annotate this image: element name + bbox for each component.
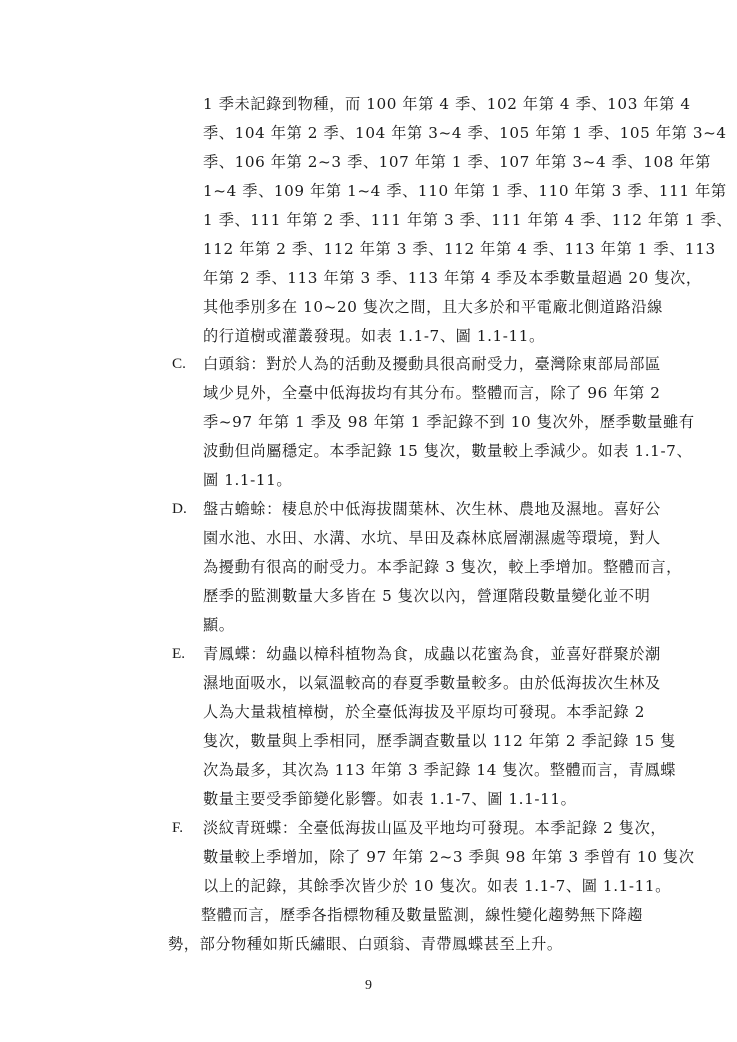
text-line: 盤古蟾蜍：棲息於中低海拔闊葉林、次生林、農地及濕地。喜好公	[203, 499, 661, 519]
text-line: 數量較上季增加，除了 97 年第 2~3 季與 98 年第 3 季曾有 10 隻…	[203, 847, 695, 867]
page-number: 9	[0, 978, 737, 994]
text-line: 的行道樹或灌叢發現。如表 1.1-7、圖 1.1-11。	[203, 326, 545, 346]
text-line: 季、104 年第 2 季、104 年第 3~4 季、105 年第 1 季、105…	[203, 123, 727, 143]
text-line: 淡紋青斑蝶：全臺低海拔山區及平地均可發現。本季記錄 2 隻次，	[203, 818, 666, 838]
text-line: 圖 1.1-11。	[203, 470, 292, 490]
text-line: 次為最多，其次為 113 年第 3 季記錄 14 隻次。整體而言，青鳳蝶	[203, 760, 676, 780]
text-line: 域少見外，全臺中低海拔均有其分布。整體而言，除了 96 年第 2	[203, 383, 661, 403]
text-line: 青鳳蝶：幼蟲以樟科植物為食，成蟲以花蜜為食，並喜好群聚於潮	[203, 644, 661, 664]
text-line: 園水池、水田、水溝、水坑、旱田及森林底層潮濕處等環境，對人	[203, 528, 661, 548]
text-line: 季~97 年第 1 季及 98 年第 1 季記錄不到 10 隻次外，歷季數量雖有	[203, 412, 695, 432]
text-line: 勢，部分物種如斯氏繡眼、白頭翁、青帶鳳蝶甚至上升。	[168, 934, 563, 954]
text-line: 112 年第 2 季、112 年第 3 季、112 年第 4 季、113 年第 …	[203, 239, 716, 259]
text-line: 其他季別多在 10~20 隻次之間，且大多於和平電廠北側道路沿線	[203, 297, 663, 317]
text-line: 波動但尚屬穩定。本季記錄 15 隻次，數量較上季減少。如表 1.1-7、	[203, 441, 692, 461]
text-line: 白頭翁：對於人為的活動及擾動具很高耐受力，臺灣除東部局部區	[203, 354, 661, 374]
list-item-label: C.	[172, 354, 186, 374]
text-line: 季、106 年第 2~3 季、107 年第 1 季、107 年第 3~4 季、1…	[203, 152, 711, 172]
text-line: 人為大量栽植樟樹，於全臺低海拔及平原均可發現。本季記錄 2	[203, 702, 645, 722]
text-line: 1~4 季、109 年第 1~4 季、110 年第 1 季、110 年第 3 季…	[203, 181, 727, 201]
text-line: 年第 2 季、113 年第 3 季、113 年第 4 季及本季數量超過 20 隻…	[203, 268, 702, 288]
text-line: 為擾動有很高的耐受力。本季記錄 3 隻次，較上季增加。整體而言，	[203, 557, 682, 577]
list-item-label: D.	[172, 499, 187, 519]
document-page: 1 季未記錄到物種，而 100 年第 4 季、102 年第 4 季、103 年第…	[0, 0, 737, 1042]
text-line: 數量主要受季節變化影響。如表 1.1-7、圖 1.1-11。	[203, 789, 576, 809]
text-line: 1 季、111 年第 2 季、111 年第 3 季、111 年第 4 季、112…	[203, 210, 732, 230]
text-line: 濕地面吸水，以氣溫較高的春夏季數量較多。由於低海拔次生林及	[203, 673, 661, 693]
text-line: 以上的記錄，其餘季次皆少於 10 隻次。如表 1.1-7、圖 1.1-11。	[203, 876, 671, 896]
text-line: 1 季未記錄到物種，而 100 年第 4 季、102 年第 4 季、103 年第…	[203, 94, 691, 114]
text-line: 顯。	[203, 615, 235, 635]
text-line: 歷季的監測數量大多皆在 5 隻次以內，營運階段數量變化並不明	[203, 586, 650, 606]
text-line: 整體而言，歷季各指標物種及數量監測，線性變化趨勢無下降趨	[201, 905, 643, 925]
list-item-label: F.	[172, 818, 183, 838]
text-line: 隻次，數量與上季相同，歷季調查數量以 112 年第 2 季記錄 15 隻	[203, 731, 676, 751]
list-item-label: E.	[172, 644, 185, 664]
